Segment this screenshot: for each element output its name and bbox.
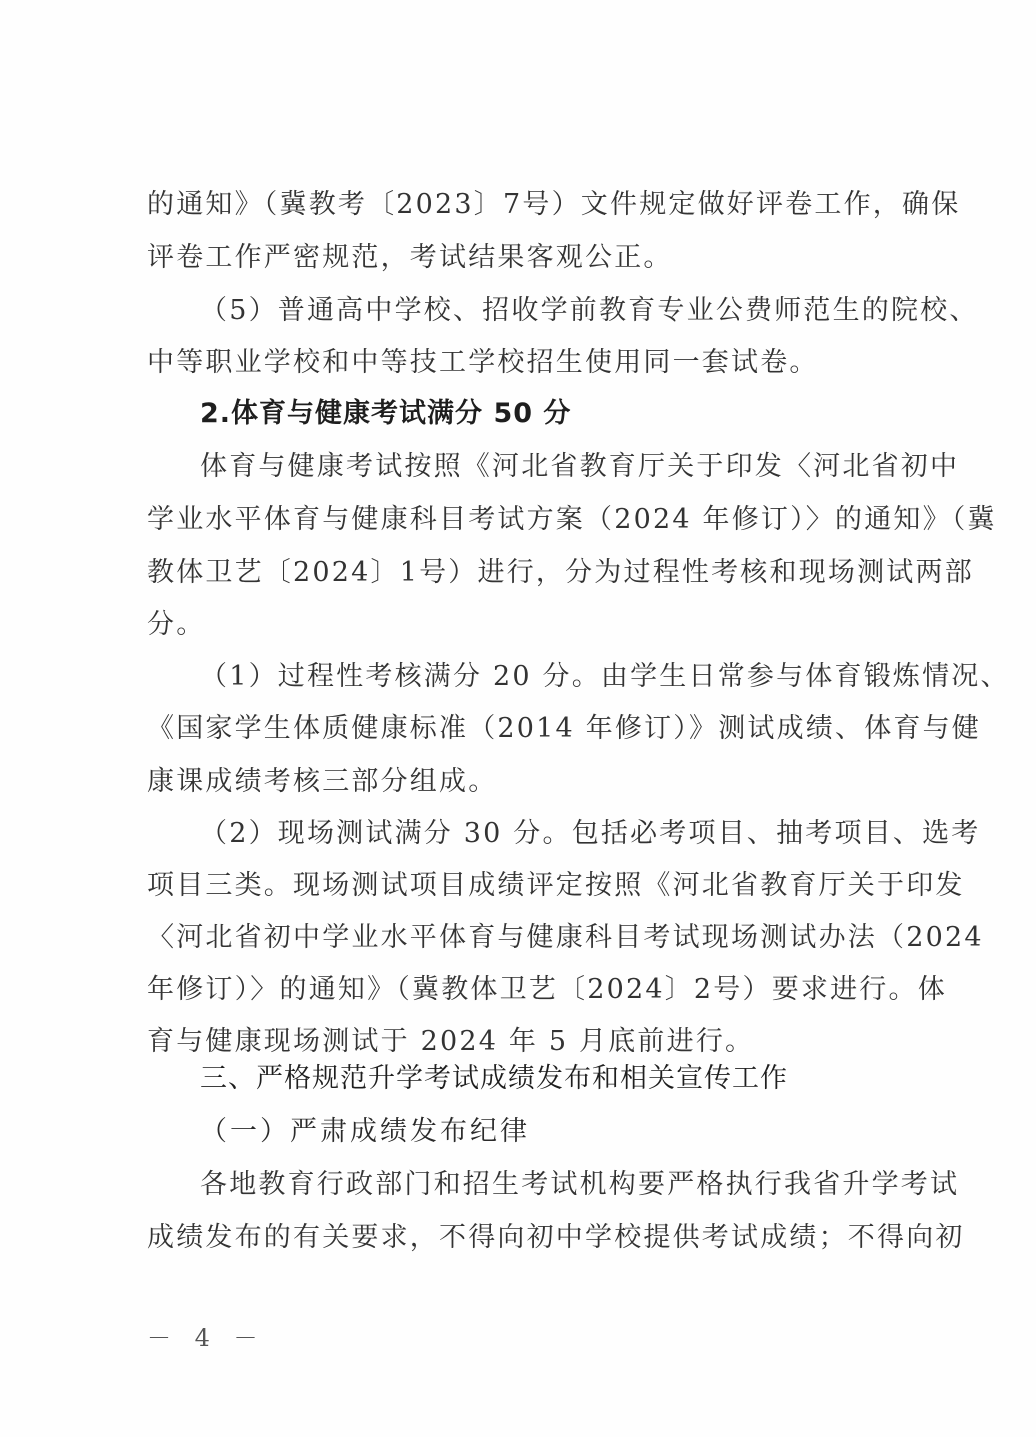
paragraph-line: 项目三类。现场测试项目成绩评定按照《河北省教育厅关于印发 (147, 869, 932, 903)
paragraph-line: 各地教育行政部门和招生考试机构要严格执行我省升学考试 (200, 1168, 932, 1202)
paragraph-line: 教体卫艺〔2024〕1号）进行，分为过程性考核和现场测试两部 (147, 556, 932, 590)
paragraph-line: （1）过程性考核满分 20 分。由学生日常参与体育锻炼情况、 (200, 660, 932, 694)
paragraph-line: 育与健康现场测试于 2024 年 5 月底前进行。 (147, 1025, 932, 1059)
page-number: － 4 － (147, 1318, 266, 1353)
paragraph-line: 的通知》（冀教考〔2023〕7号）文件规定做好评卷工作，确保 (147, 188, 932, 222)
paragraph-line: 中等职业学校和中等技工学校招生使用同一套试卷。 (147, 346, 932, 380)
paragraph-line: 《国家学生体质健康标准（2014 年修订）》测试成绩、体育与健 (147, 712, 932, 746)
document-page: 的通知》（冀教考〔2023〕7号）文件规定做好评卷工作，确保 评卷工作严密规范，… (0, 0, 1036, 1437)
paragraph-line: 分。 (147, 608, 932, 642)
paragraph-line: 评卷工作严密规范，考试结果客观公正。 (147, 241, 932, 275)
paragraph-line: 〈河北省初中学业水平体育与健康科目考试现场测试办法（2024 (147, 921, 932, 955)
paragraph-line: 体育与健康考试按照《河北省教育厅关于印发〈河北省初中 (200, 450, 932, 484)
paragraph-line: 年修订）〉的通知》（冀教体卫艺〔2024〕2号）要求进行。体 (147, 973, 932, 1007)
subsection-heading: 2.体育与健康考试满分 50 分 (200, 397, 932, 431)
paragraph-line: （2）现场测试满分 30 分。包括必考项目、抽考项目、选考 (200, 817, 932, 851)
paragraph-line: （5）普通高中学校、招收学前教育专业公费师范生的院校、 (200, 294, 940, 328)
paragraph-line: 康课成绩考核三部分组成。 (147, 765, 932, 799)
subsection-heading: （一）严肃成绩发布纪律 (200, 1115, 932, 1149)
paragraph-line: 成绩发布的有关要求，不得向初中学校提供考试成绩；不得向初 (147, 1221, 932, 1255)
section-heading: 三、严格规范升学考试成绩发布和相关宣传工作 (200, 1062, 932, 1096)
paragraph-line: 学业水平体育与健康科目考试方案（2024 年修订）〉的通知》（冀 (147, 503, 932, 537)
